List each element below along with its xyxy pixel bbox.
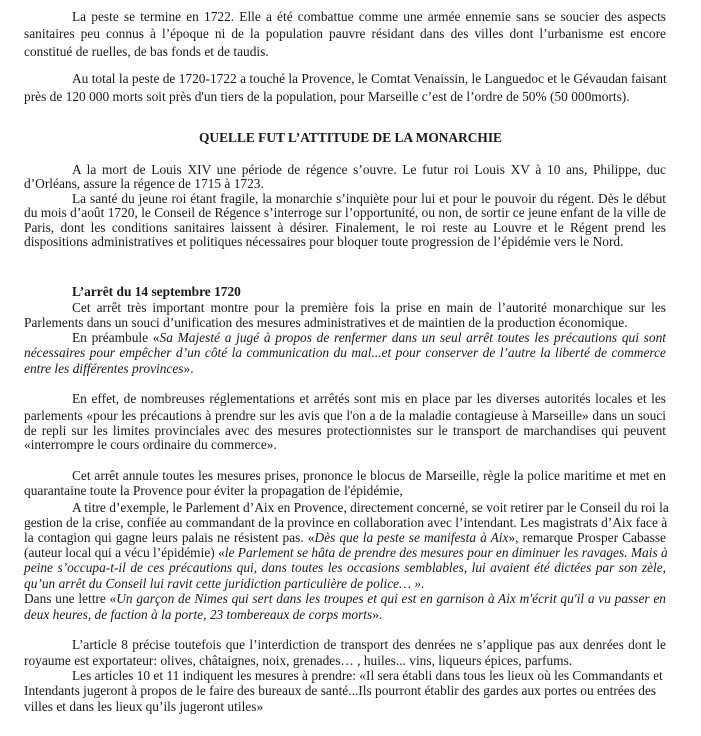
text-line: parlements «pour les précautions à prend…	[24, 408, 666, 423]
text-line: «interrompre le cours ordinaire du comme…	[24, 437, 666, 452]
text-line: A titre d’exemple, le Parlement d’Aix en…	[72, 500, 666, 515]
text-line: A la mort de Louis XIV une période de ré…	[72, 162, 666, 177]
text-line: La peste se termine en 1722. Elle a été …	[72, 9, 666, 24]
text-line: Les articles 10 et 11 indiquent les mesu…	[72, 668, 666, 683]
quote-italic: Un garçon de Nimes qui sert dans les tro…	[116, 591, 666, 606]
text-line: dispositions administratives et politiqu…	[24, 234, 666, 249]
quote-italic: nécessaires pour empêcher d’un côté la c…	[24, 345, 666, 360]
text-line: qu’un arrêt du Conseil lui ravit cette j…	[24, 576, 666, 591]
quote-italic: le Parlement se hâta de prendre des mesu…	[225, 545, 668, 560]
quote-italic: peine s’occupa-t-il de ces précautions q…	[24, 560, 666, 575]
text-span: Dans une lettre «	[24, 591, 116, 606]
text-line: Au total la peste de 1720-1722 a touché …	[72, 71, 666, 86]
text-line: entre les différentes provinces».	[24, 361, 666, 376]
text-span: (auteur local qui a vécu l’épidémie) «	[24, 545, 225, 560]
text-line: Cet arrêt annule toutes les mesures pris…	[72, 468, 666, 483]
text-span: En préambule «	[72, 330, 160, 345]
text-line: du mois d’août 1720, le Conseil de Régen…	[24, 205, 666, 220]
text-line: royaume est exportateur: olives, châtaig…	[24, 653, 666, 668]
text-line: d’Orléans, assure la régence de 1715 à 1…	[24, 176, 666, 191]
text-line: constitué de ruelles, de bas fonds et de…	[24, 44, 666, 59]
text-line: La santé du jeune roi étant fragile, la …	[72, 191, 666, 206]
text-line: Cet arrêt très important montre pour la …	[72, 300, 666, 315]
section-title: QUELLE FUT L’ATTITUDE DE LA MONARCHIE	[0, 130, 701, 145]
text-line: près de 120 000 morts soit près d'un tie…	[24, 89, 666, 104]
text-line: peine s’occupa-t-il de ces précautions q…	[24, 560, 666, 575]
text-line: En préambule «Sa Majesté a jugé à propos…	[72, 330, 666, 345]
text-line: Dans une lettre «Un garçon de Nimes qui …	[24, 591, 666, 606]
text-line: En effet, de nombreuses réglementations …	[72, 391, 666, 406]
text-span: ».	[184, 361, 194, 376]
text-line: L’article 8 précise toutefois que l’inte…	[72, 637, 666, 652]
text-line: Parlements dans un souci d’unification d…	[24, 315, 666, 330]
subheading: L’arrêt du 14 septembre 1720	[72, 284, 666, 299]
text-line: villes et dans les lieux qu’ils jugeront…	[24, 699, 666, 714]
text-line: (auteur local qui a vécu l’épidémie) «le…	[24, 545, 666, 560]
text-line: gestion de la crise, confiée au commanda…	[24, 515, 666, 530]
text-line: nécessaires pour empêcher d’un côté la c…	[24, 345, 666, 360]
text-line: sanitaires peu connus à l’époque ni de l…	[24, 26, 666, 41]
quote-italic: qu’un arrêt du Conseil lui ravit cette j…	[24, 576, 424, 591]
text-line: de repli sur les limites provinciales av…	[24, 423, 666, 438]
text-span: », remarque Prosper Cabasse	[508, 530, 666, 545]
text-line: deux heures, de faction à la porte, 23 t…	[24, 607, 666, 622]
quote-italic: Sa Majesté a jugé à propos de renfermer …	[160, 330, 667, 345]
text-span: la contagion qui gagne leurs palais ne r…	[24, 530, 314, 545]
quote-italic: entre les différentes provinces	[24, 361, 184, 376]
quote-italic: deux heures, de faction à la porte, 23 t…	[24, 607, 372, 622]
text-line: Paris, dont les conditions sanitaires la…	[24, 220, 666, 235]
text-line: quarantaine toute la Provence pour évite…	[24, 483, 666, 498]
quote-italic: Dès que la peste se manifesta à Aix	[314, 530, 508, 545]
text-line: Intendants jugeront à propos de le faire…	[24, 683, 666, 698]
text-line: la contagion qui gagne leurs palais ne r…	[24, 530, 666, 545]
text-span: ».	[372, 607, 382, 622]
